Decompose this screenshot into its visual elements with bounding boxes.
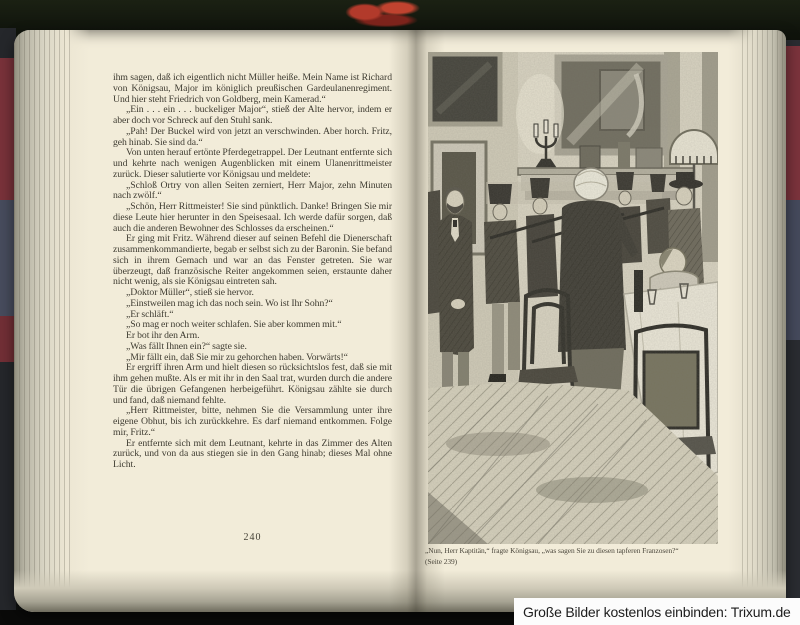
book-paragraph: „Einstweilen mag ich das noch sein. Wo i… xyxy=(113,299,392,310)
book-illustration xyxy=(428,52,718,544)
left-page-text: ihm sagen, daß ich eigentlich nicht Müll… xyxy=(113,73,392,525)
book-paragraph: Er ergriff ihren Arm und hielt diesen so… xyxy=(113,363,392,406)
book-paragraph: „Herr Rittmeister, bitte, nehmen Sie die… xyxy=(113,406,392,438)
book-paragraph: „Was fällt Ihnen ein?“ sagte sie. xyxy=(113,342,392,353)
caption-text: „Nun, Herr Kaptitän,“ fragte Königsau, „… xyxy=(425,545,741,556)
book-paragraph: Er entfernte sich mit dem Leutnant, kehr… xyxy=(113,439,392,471)
book-paragraph: „Ein . . . ein . . . buckeliger Major“, … xyxy=(113,105,392,127)
page-number: 240 xyxy=(113,532,392,543)
bookmark-ribbon xyxy=(338,0,434,27)
book-paragraph: Von unten herauf ertönte Pferdegetrappel… xyxy=(113,148,392,180)
book-photo: ihm sagen, daß ich eigentlich nicht Müll… xyxy=(0,0,800,625)
watermark-text: Große Bilder kostenlos einbinden: Trixum… xyxy=(523,604,791,620)
book-paragraph: „Schloß Ortry von allen Seiten zerniert,… xyxy=(113,181,392,203)
book-paragraph: ihm sagen, daß ich eigentlich nicht Müll… xyxy=(113,73,392,105)
book-paragraph: „Pah! Der Buckel wird von jetzt an versc… xyxy=(113,127,392,149)
page-edges-right xyxy=(728,30,786,612)
illustration-caption: „Nun, Herr Kaptitän,“ fragte Königsau, „… xyxy=(425,545,741,567)
watermark: Große Bilder kostenlos einbinden: Trixum… xyxy=(514,598,800,625)
open-book: ihm sagen, daß ich eigentlich nicht Müll… xyxy=(14,30,786,612)
page-edges-left xyxy=(14,30,90,612)
book-paragraph: „Schön, Herr Rittmeister! Sie sind pünkt… xyxy=(113,202,392,234)
caption-source: (Seite 239) xyxy=(425,556,741,567)
book-paragraph: Er ging mit Fritz. Während dieser auf se… xyxy=(113,234,392,288)
